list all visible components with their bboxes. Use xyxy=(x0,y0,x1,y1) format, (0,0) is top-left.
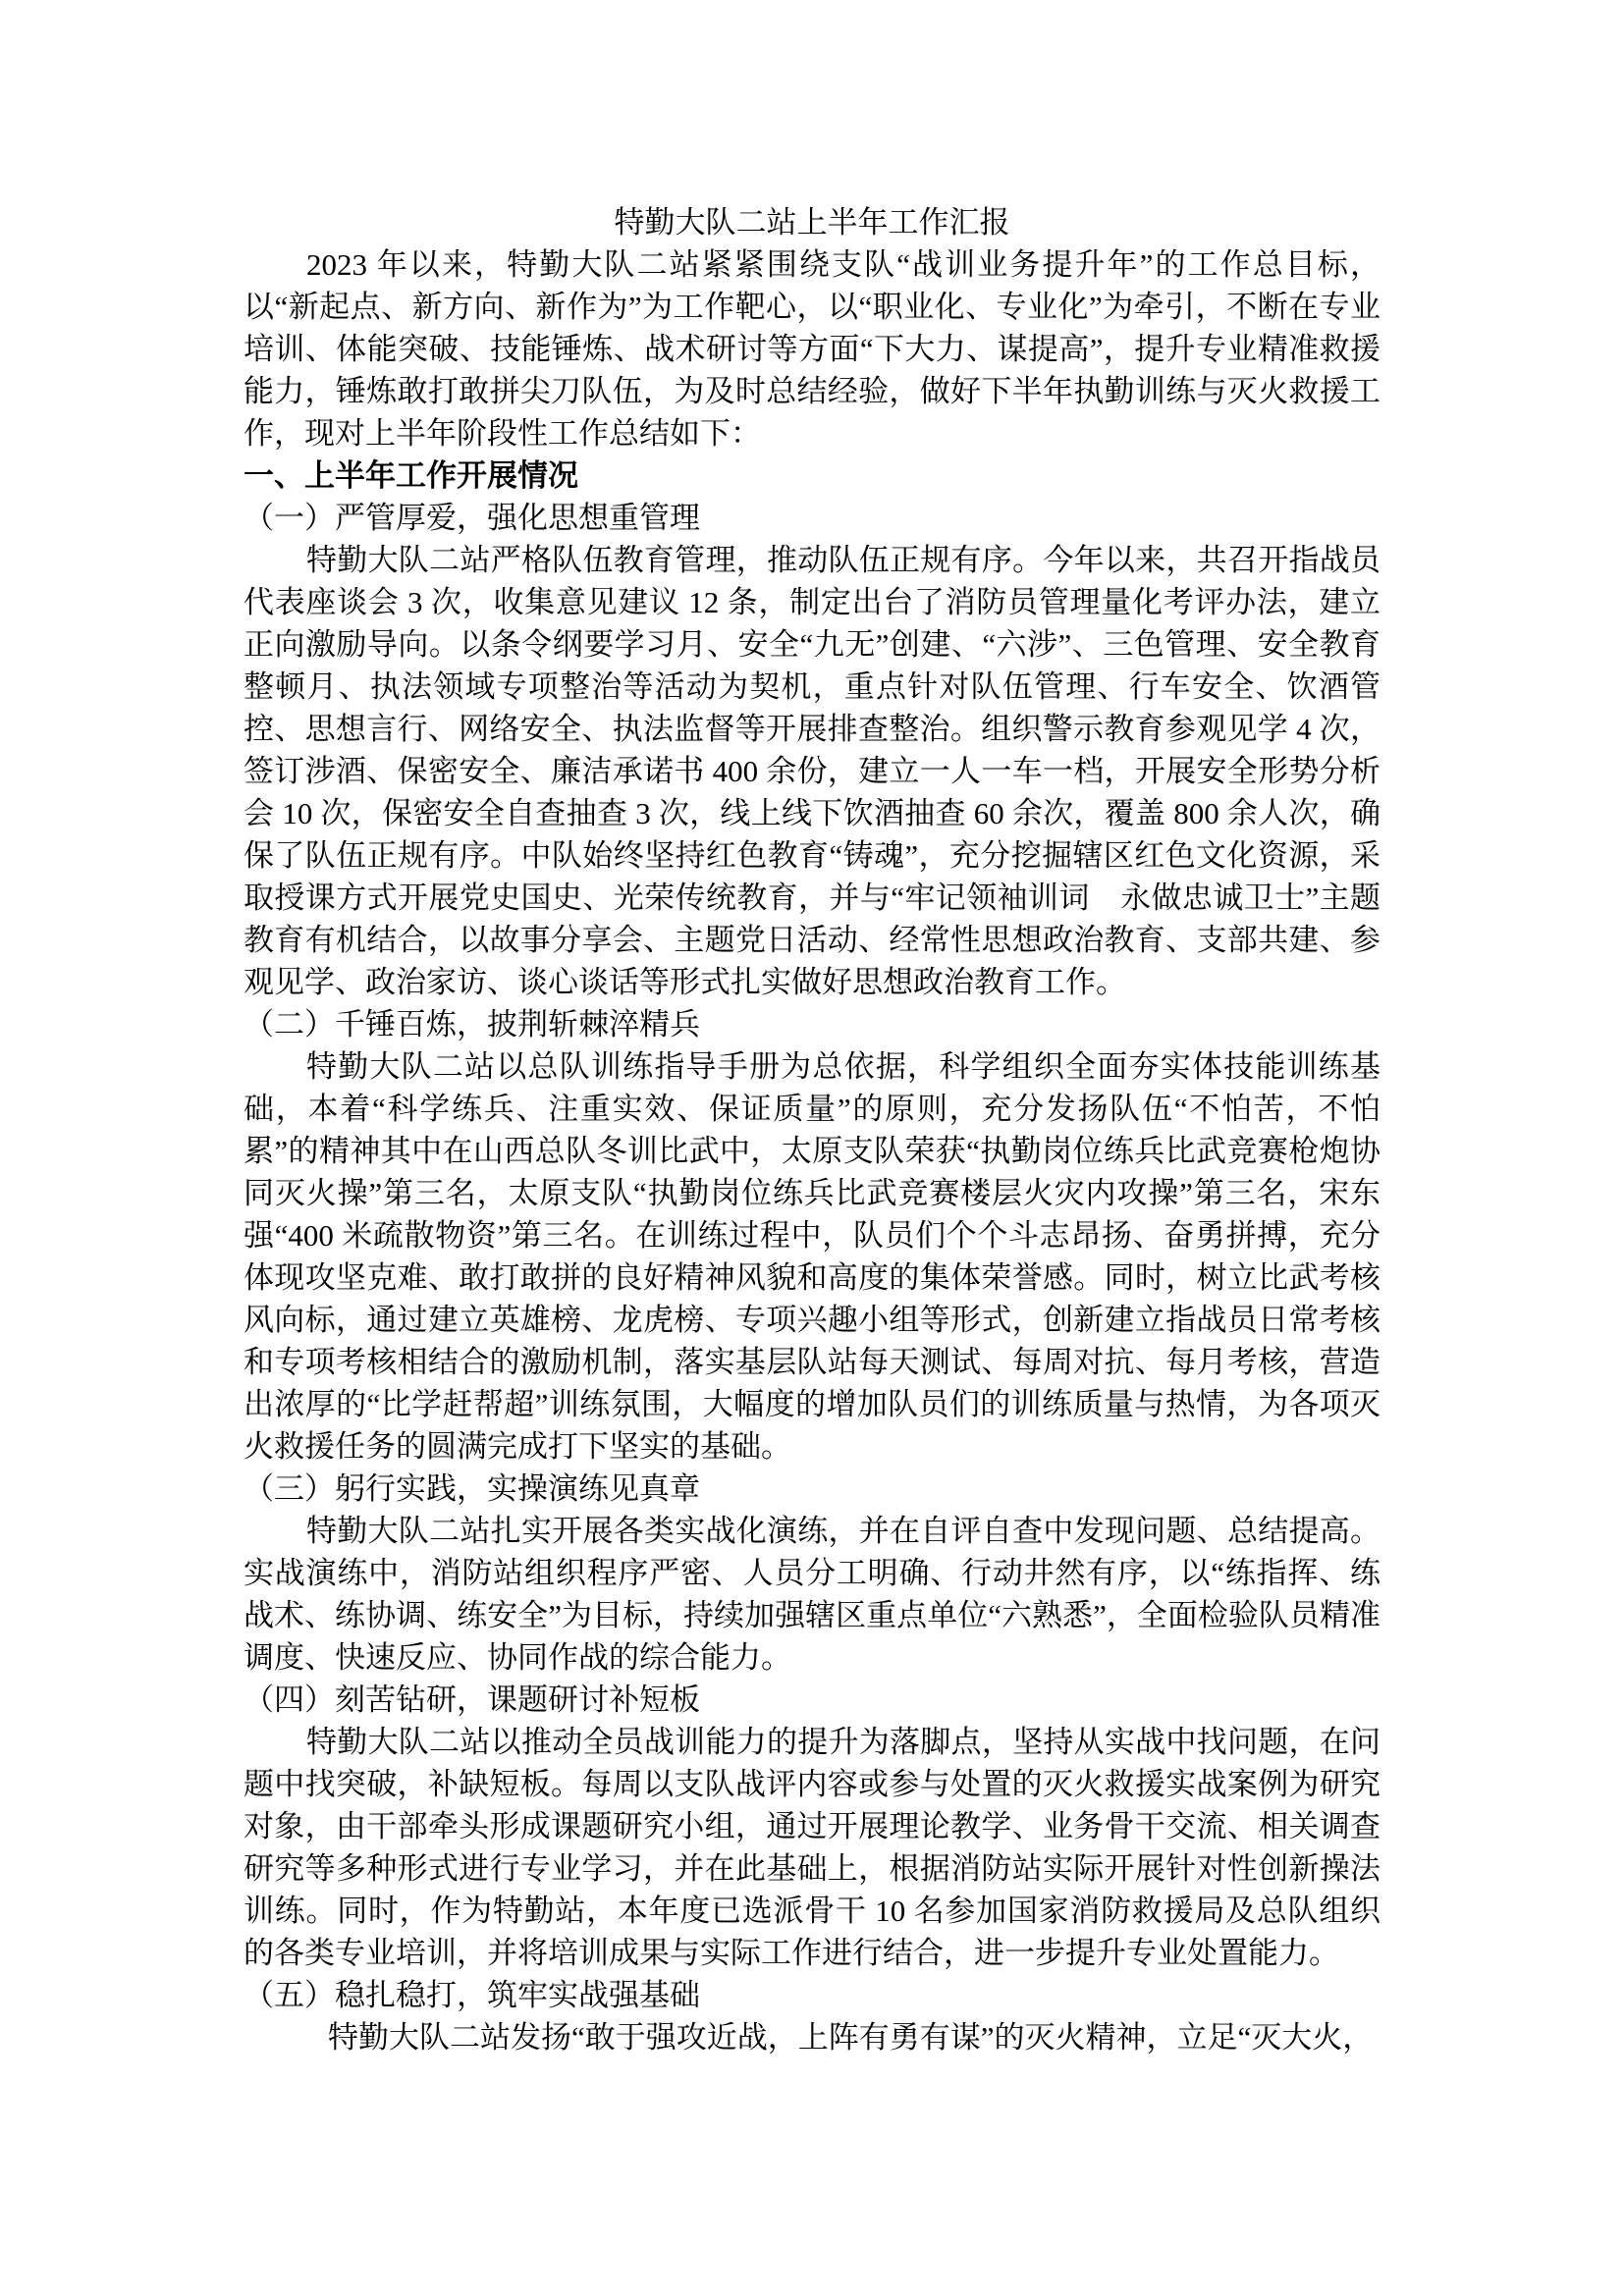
section-paragraph-2: 特勤大队二站以总队训练指导手册为总依据，科学组织全面夯实体技能训练基础，本着“科… xyxy=(244,1045,1380,1468)
sub-heading-1: （一）严管厚爱，强化思想重管理 xyxy=(244,497,1380,539)
sub-heading-5: （五）稳扎稳打，筑牢实战强基础 xyxy=(244,1974,1380,2016)
sub-heading-3: （三）躬行实践，实操演练见真章 xyxy=(244,1468,1380,1510)
section-paragraph-3: 特勤大队二站扎实开展各类实战化演练，并在自评自查中发现问题、总结提高。实战演练中… xyxy=(244,1510,1380,1679)
document-title: 特勤大队二站上半年工作汇报 xyxy=(244,201,1380,243)
main-heading: 一、上半年工作开展情况 xyxy=(244,454,1380,497)
sub-heading-4: （四）刻苦钻研，课题研讨补短板 xyxy=(244,1679,1380,1721)
section-paragraph-4: 特勤大队二站以推动全员战训能力的提升为落脚点，坚持从实战中找问题，在问题中找突破… xyxy=(244,1721,1380,1974)
document-page: 特勤大队二站上半年工作汇报 2023 年以来，特勤大队二站紧紧围绕支队“战训业务… xyxy=(0,0,1624,2296)
document-content: 特勤大队二站上半年工作汇报 2023 年以来，特勤大队二站紧紧围绕支队“战训业务… xyxy=(244,201,1380,2058)
section-paragraph-5: 特勤大队二站发扬“敢于强攻近战，上阵有勇有谋”的灭火精神，立足“灭大火， xyxy=(244,2016,1380,2058)
section-paragraph-1: 特勤大队二站严格队伍教育管理，推动队伍正规有序。今年以来，共召开指战员代表座谈会… xyxy=(244,539,1380,1003)
intro-paragraph: 2023 年以来，特勤大队二站紧紧围绕支队“战训业务提升年”的工作总目标，以“新… xyxy=(244,243,1380,454)
sub-heading-2: （二）千锤百炼，披荆斩棘淬精兵 xyxy=(244,1003,1380,1045)
